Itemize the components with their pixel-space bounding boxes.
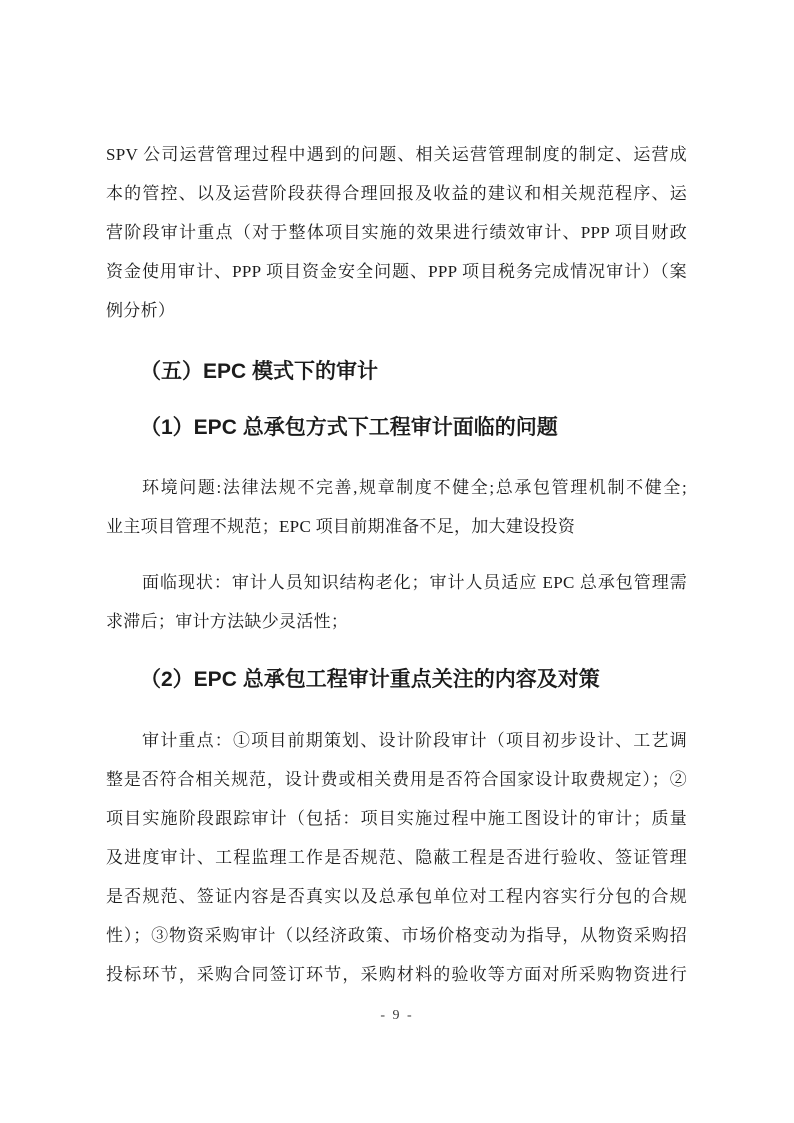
text-line: SPV 公司运营管理过程中遇到的问题、相关运营管理制度的制定、运营成	[106, 135, 687, 174]
text-line: 业主项目管理不规范；EPC 项目前期准备不足，加大建设投资	[106, 507, 687, 546]
text-line: 性）；③物资采购审计（以经济政策、市场价格变动为指导，从物资采购招	[106, 916, 687, 955]
page-number: - 9 -	[0, 1008, 794, 1024]
text-line: 例分析）	[106, 291, 687, 330]
heading-item-2: （2）EPC 总承包工程审计重点关注的内容及对策	[106, 660, 687, 699]
paragraph-audit-focus: 审计重点：①项目前期策划、设计阶段审计（项目初步设计、工艺调整是否符合相关规范，…	[106, 721, 687, 994]
paragraph-spv-continuation: SPV 公司运营管理过程中遇到的问题、相关运营管理制度的制定、运营成本的管控、以…	[106, 135, 687, 330]
paragraph-environment-issues: 环境问题:法律法规不完善,规章制度不健全;总承包管理机制不健全;业主项目管理不规…	[106, 468, 687, 546]
document-content: SPV 公司运营管理过程中遇到的问题、相关运营管理制度的制定、运营成本的管控、以…	[106, 135, 687, 994]
heading-item-1: （1）EPC 总承包方式下工程审计面临的问题	[106, 408, 687, 447]
heading-section-5: （五）EPC 模式下的审计	[106, 352, 687, 391]
text-line: 审计重点：①项目前期策划、设计阶段审计（项目初步设计、工艺调	[106, 721, 687, 760]
text-line: 资金使用审计、PPP 项目资金安全问题、PPP 项目税务完成情况审计）（案	[106, 252, 687, 291]
text-line: 环境问题:法律法规不完善,规章制度不健全;总承包管理机制不健全;	[106, 468, 687, 507]
text-line: 及进度审计、工程监理工作是否规范、隐蔽工程是否进行验收、签证管理	[106, 838, 687, 877]
text-line: 营阶段审计重点（对于整体项目实施的效果进行绩效审计、PPP 项目财政	[106, 213, 687, 252]
text-line: 是否规范、签证内容是否真实以及总承包单位对工程内容实行分包的合规	[106, 877, 687, 916]
text-line: 整是否符合相关规范，设计费或相关费用是否符合国家设计取费规定）；②	[106, 760, 687, 799]
document-page: SPV 公司运营管理过程中遇到的问题、相关运营管理制度的制定、运营成本的管控、以…	[0, 0, 794, 1123]
paragraph-current-status: 面临现状：审计人员知识结构老化；审计人员适应 EPC 总承包管理需求滞后；审计方…	[106, 563, 687, 641]
text-line: 项目实施阶段跟踪审计（包括：项目实施过程中施工图设计的审计；质量	[106, 799, 687, 838]
text-line: 本的管控、以及运营阶段获得合理回报及收益的建议和相关规范程序、运	[106, 174, 687, 213]
text-line: 求滞后；审计方法缺少灵活性；	[106, 602, 687, 641]
text-line: 投标环节，采购合同签订环节，采购材料的验收等方面对所采购物资进行	[106, 955, 687, 994]
text-line: 面临现状：审计人员知识结构老化；审计人员适应 EPC 总承包管理需	[106, 563, 687, 602]
